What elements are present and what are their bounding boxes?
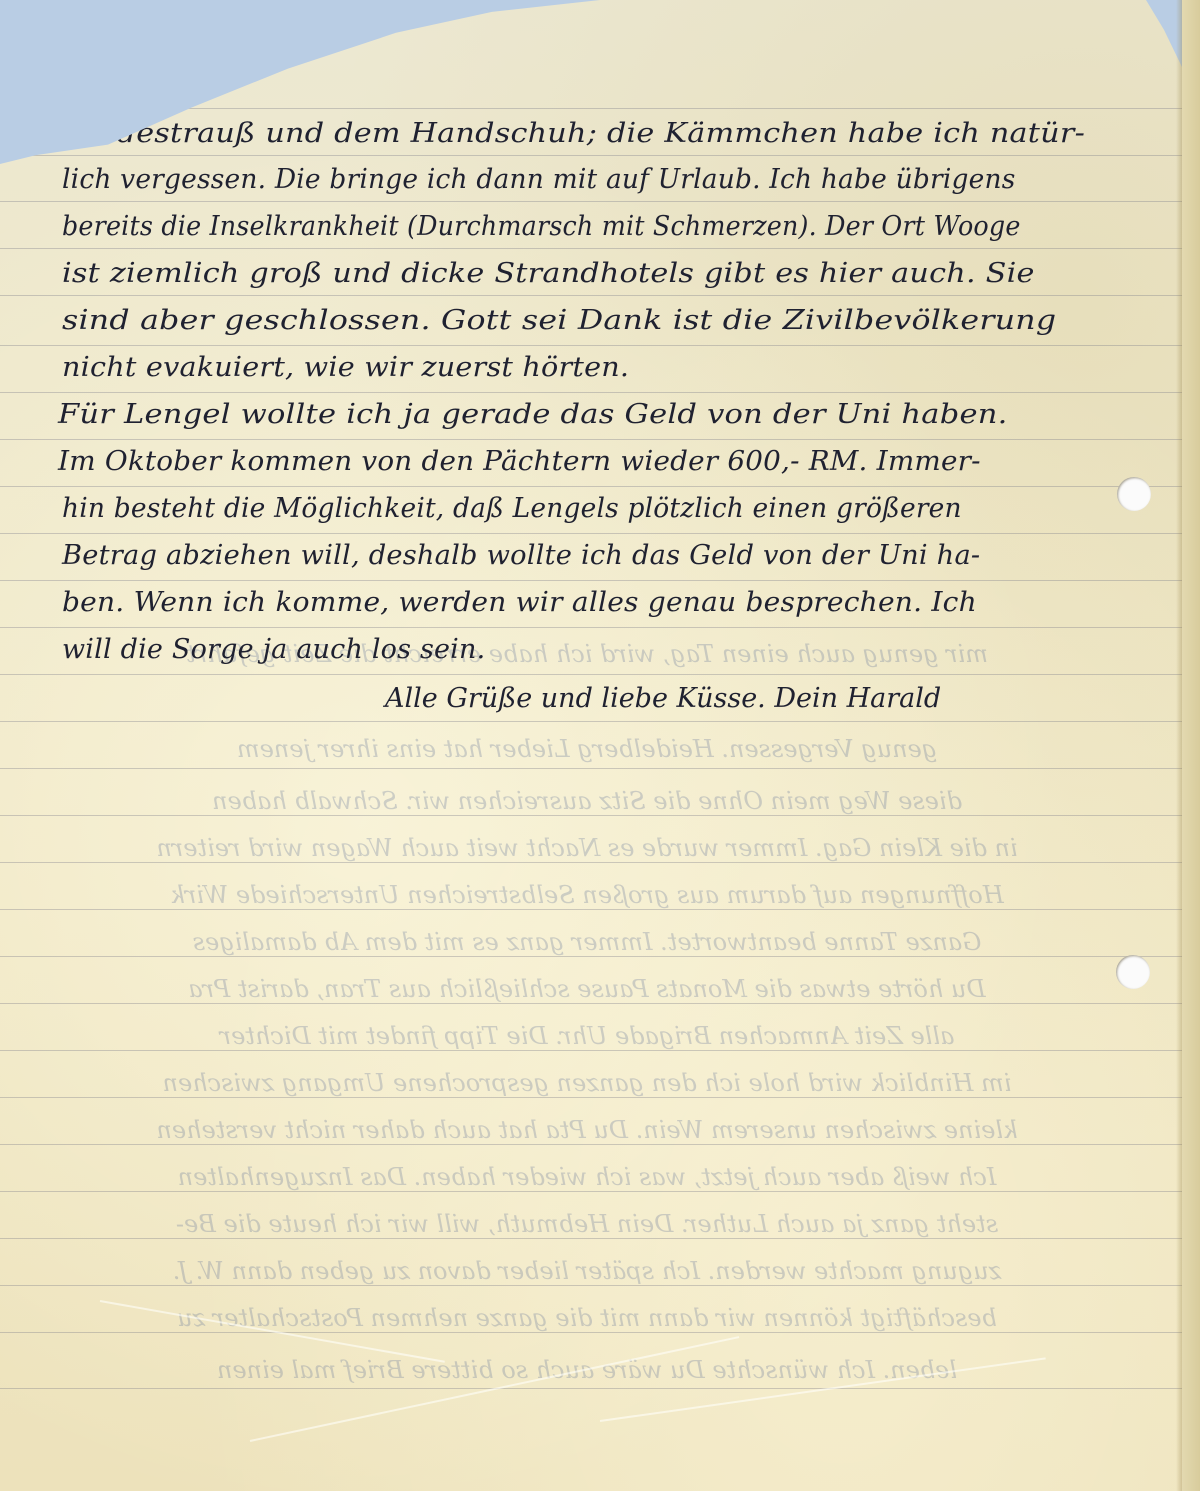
ruled-line — [0, 1238, 1182, 1239]
ruled-line — [0, 768, 1182, 769]
bleed-through-line: Hoffnungen auf darum aus großen Selbstre… — [22, 881, 1152, 909]
bleed-through-line: im Hinblick wird hole ich den ganzen ges… — [22, 1069, 1152, 1097]
ruled-line — [0, 674, 1182, 675]
bleed-through-line: kleine zwischen unserem Wein. Du Pta hat… — [22, 1116, 1152, 1144]
page-right-edge — [1182, 0, 1200, 1491]
ruled-line — [0, 1191, 1182, 1192]
ruled-line — [0, 201, 1182, 202]
bleed-through-line: Du hörte etwas die Monats Pause schließl… — [22, 975, 1152, 1003]
punch-hole — [1117, 477, 1151, 511]
letter-page: mir genug auch einen Tag, wird ich habe … — [0, 0, 1200, 1491]
ruled-line — [0, 956, 1182, 957]
letter-line: ben. Wenn ich komme, werden wir alles ge… — [62, 587, 977, 618]
letter-line: sind aber geschlossen. Gott sei Dank ist… — [62, 305, 1056, 336]
ruled-line — [0, 909, 1182, 910]
bleed-through-line: genug Vergessen. Heidelberg Lieber hat e… — [22, 735, 1152, 763]
ruled-line — [0, 1388, 1182, 1389]
bleed-through-line: steht ganz ja auch Luther. Dein Hebmuth,… — [22, 1210, 1152, 1238]
ruled-line — [0, 295, 1182, 296]
ruled-line — [0, 1003, 1182, 1004]
ruled-line — [0, 108, 1182, 109]
letter-line: hin besteht die Möglichkeit, daß Lengels… — [62, 493, 962, 524]
ruled-line — [0, 345, 1182, 346]
letter-line: bereits die Inselkrankheit (Durchmarsch … — [62, 211, 1021, 242]
ruled-line — [0, 486, 1182, 487]
paper-crease — [250, 1336, 739, 1442]
ruled-line — [0, 533, 1182, 534]
bleed-through-line: Ich weiß aber auch jetzt, was ich wieder… — [22, 1163, 1152, 1191]
ruled-line — [0, 721, 1182, 722]
bleed-through-line: zugung machte werden. Ich später lieber … — [22, 1257, 1152, 1285]
letter-line: Im Oktober kommen von den Pächtern wiede… — [58, 446, 981, 477]
bleed-through-line: alle Zeit Anmachen Brigade Uhr. Die Tipp… — [22, 1022, 1152, 1050]
letter-line: will die Sorge ja auch los sein. — [62, 634, 485, 665]
ruled-line — [0, 862, 1182, 863]
ruled-line — [0, 155, 1182, 156]
ruled-line — [0, 1285, 1182, 1286]
ruled-line — [0, 1050, 1182, 1051]
closing-signature: Alle Grüße und liebe Küsse. Dein Harald — [385, 683, 941, 714]
ruled-line — [0, 248, 1182, 249]
ruled-line — [0, 1097, 1182, 1098]
ruled-line — [0, 439, 1182, 440]
punch-hole — [1116, 955, 1150, 989]
letter-line: Heidestrauß und dem Handschuh; die Kämmc… — [62, 118, 1085, 149]
ruled-line — [0, 580, 1182, 581]
ruled-line — [0, 392, 1182, 393]
ruled-line — [0, 1144, 1182, 1145]
bleed-through-line: diese Weg mein Ohne die Sitz ausreichen … — [22, 787, 1152, 815]
ruled-line — [0, 627, 1182, 628]
bleed-through-line: Ganze Tanne beantwortet. Immer ganz es m… — [22, 928, 1152, 956]
ruled-line — [0, 815, 1182, 816]
letter-line: Für Lengel wollte ich ja gerade das Geld… — [58, 399, 1008, 430]
letter-line: ist ziemlich groß und dicke Strandhotels… — [62, 258, 1035, 289]
ruled-line — [0, 1332, 1182, 1333]
letter-line: nicht evakuiert, wie wir zuerst hörten. — [62, 352, 629, 383]
letter-line: Betrag abziehen will, deshalb wollte ich… — [62, 540, 980, 571]
letter-line: lich vergessen. Die bringe ich dann mit … — [62, 164, 1016, 195]
bleed-through-line: in die Klein Gag. Immer wurde es Nacht w… — [22, 834, 1152, 862]
